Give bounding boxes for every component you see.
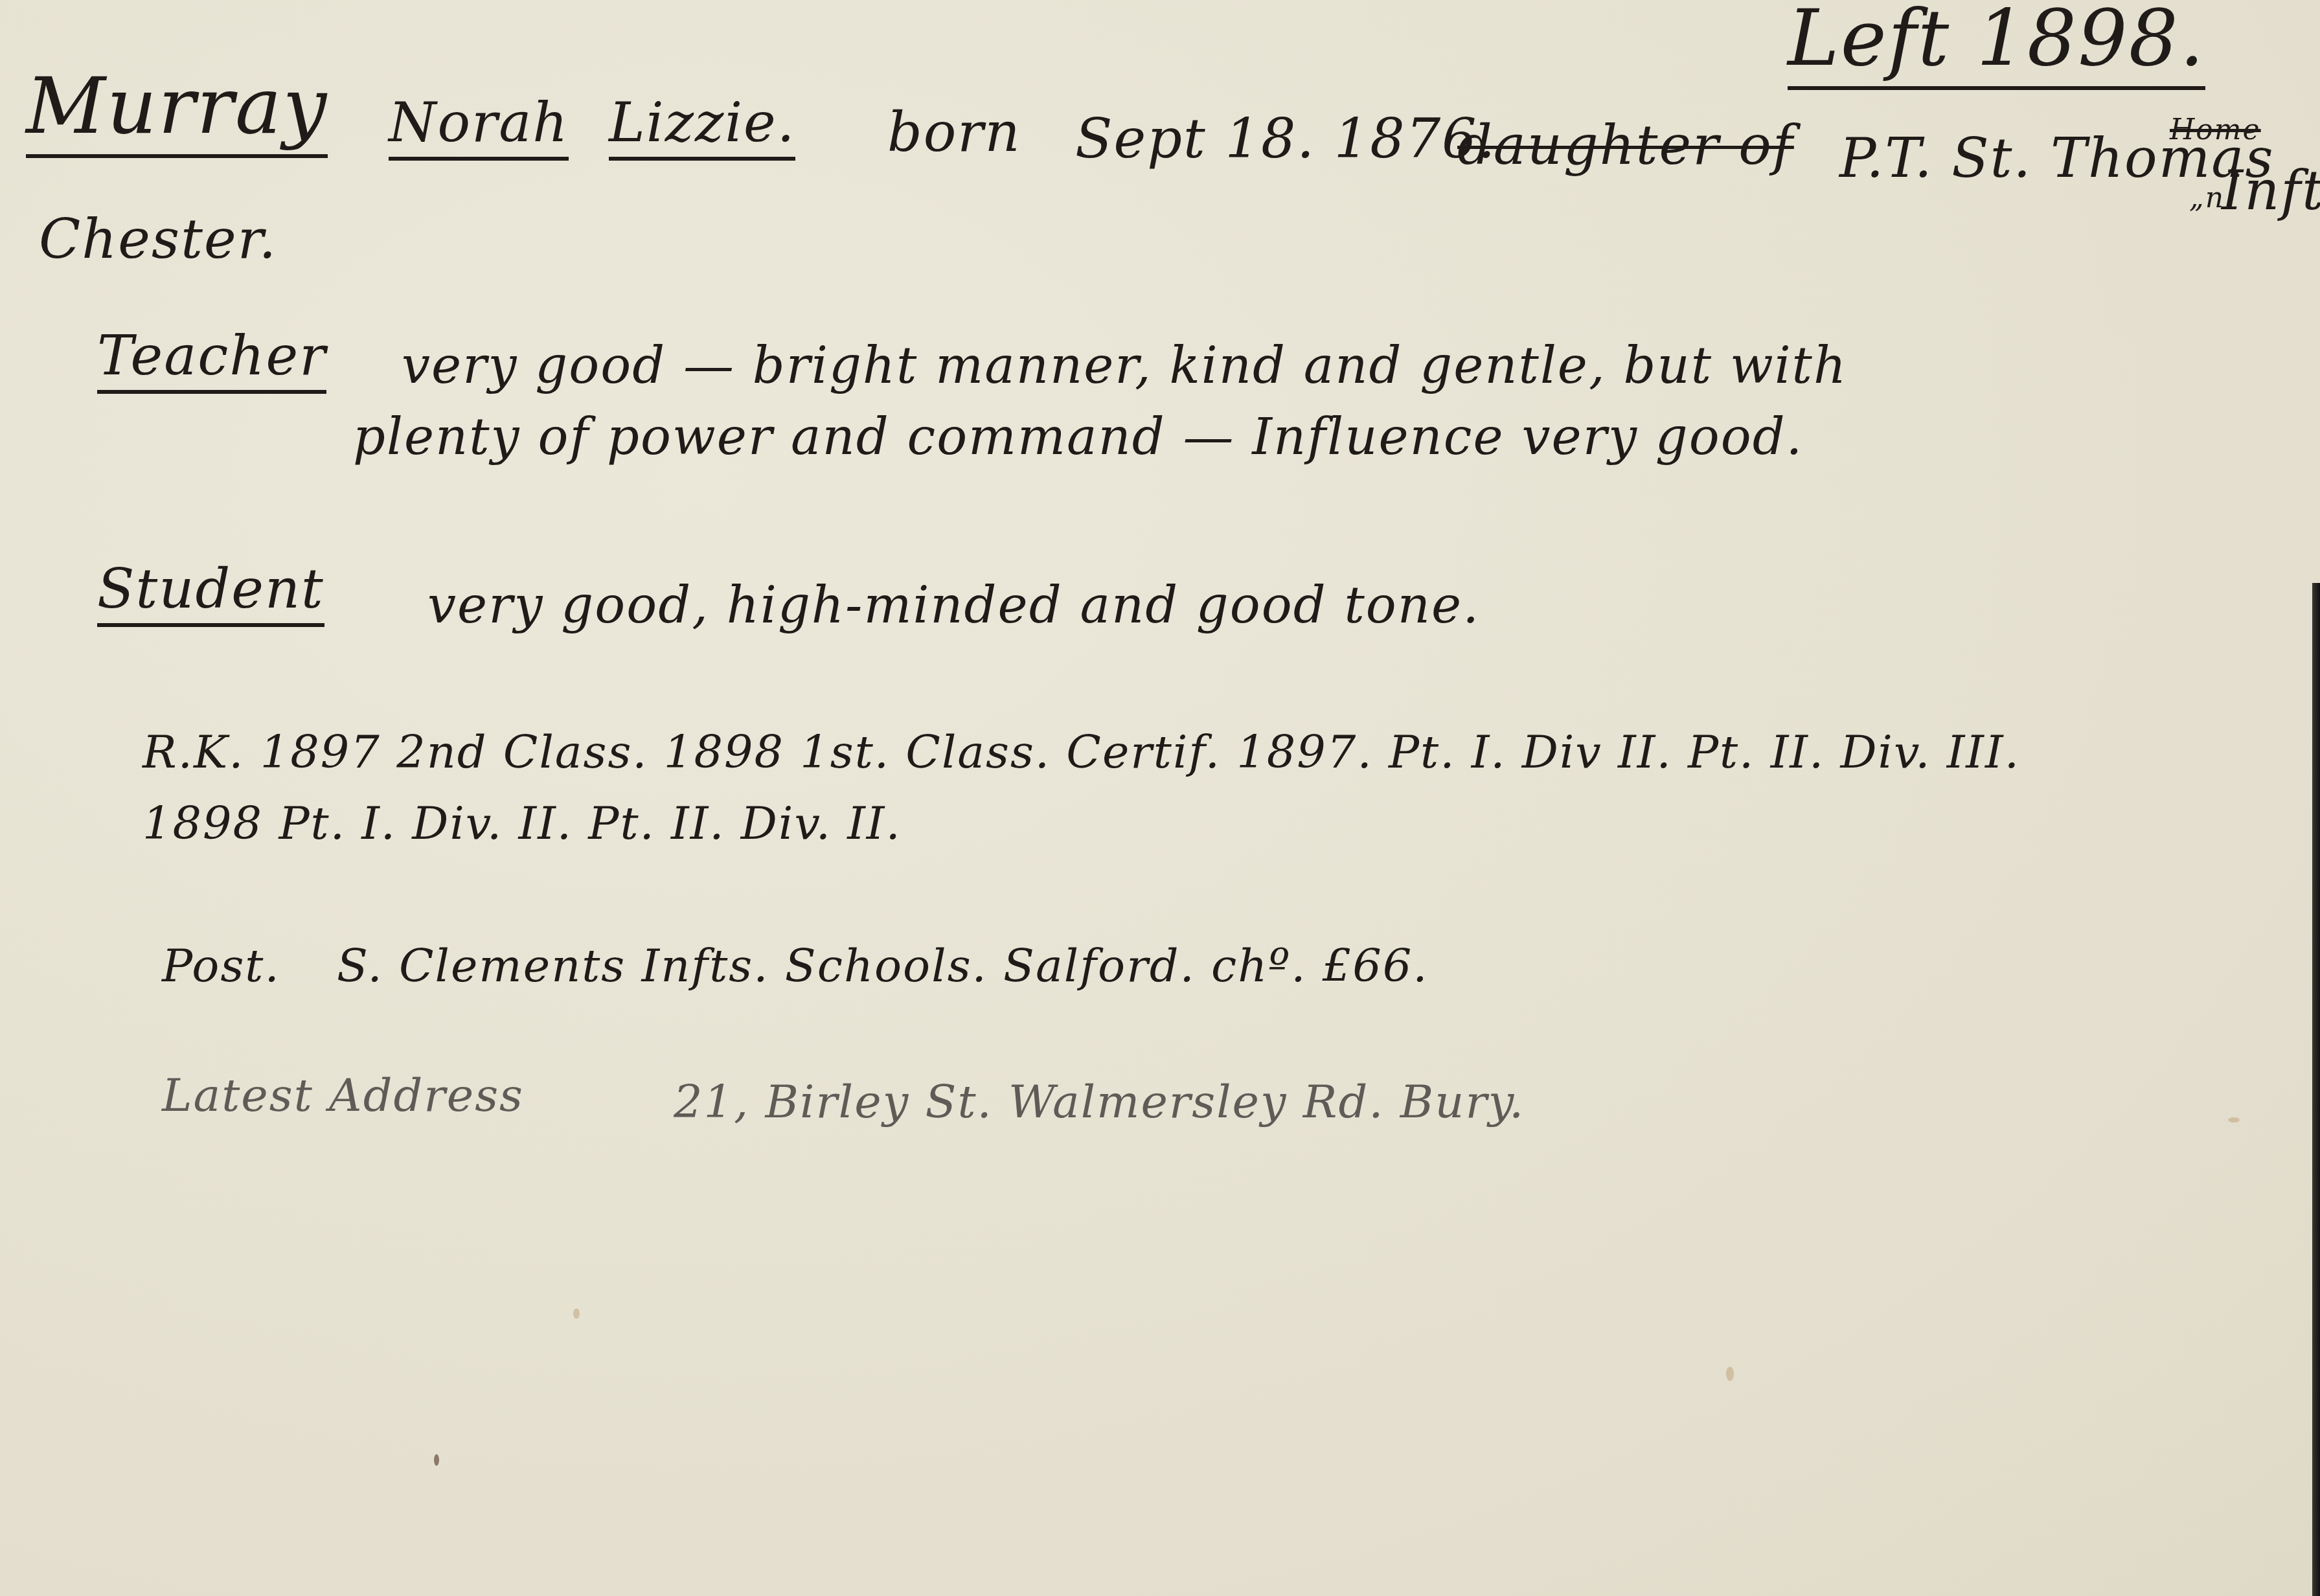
surname: Murray [26,62,328,158]
born-label: born [887,100,1021,164]
foxing-spot [434,1454,439,1466]
foxing-spot [2228,1117,2240,1123]
teacher-line-2: plenty of power and command — Influence … [353,408,1803,466]
latest-address-text: 21, Birley St. Walmersley Rd. Bury. [674,1075,1525,1128]
birth-date: Sept 18. 1876. [1075,107,1496,170]
teacher-line-1: very good — bright manner, kind and gent… [402,337,1847,395]
school-place: Chester. [39,207,277,271]
exam-line-2: 1898 Pt. I. Div. II. Pt. II. Div. II. [142,797,902,850]
struck-text: daughter of [1457,113,1794,177]
school-suffix: Infts [2222,159,2320,222]
post-label: Post. [162,939,280,992]
latest-address-label: Latest Address [162,1069,524,1122]
page-edge [2312,583,2320,1596]
struck-insert: Home [2170,113,2261,146]
student-text: very good, high-minded and good tone. [427,576,1480,635]
teacher-label: Teacher [97,324,326,394]
insert-mark: „n [2189,181,2225,214]
status-note: Left 1898. [1788,0,2205,90]
middle-name: Lizzie. [609,91,795,161]
foxing-spot [573,1308,580,1319]
post-text: S. Clements Infts. Schools. Salford. chº… [337,939,1429,992]
exam-line-1: R.K. 1897 2nd Class. 1898 1st. Class. Ce… [142,725,2020,779]
given-name: Norah [389,91,569,161]
register-page: Left 1898. Murray Norah Lizzie. born Sep… [0,0,2320,1596]
foxing-spot [1726,1367,1734,1381]
student-label: Student [97,557,324,627]
